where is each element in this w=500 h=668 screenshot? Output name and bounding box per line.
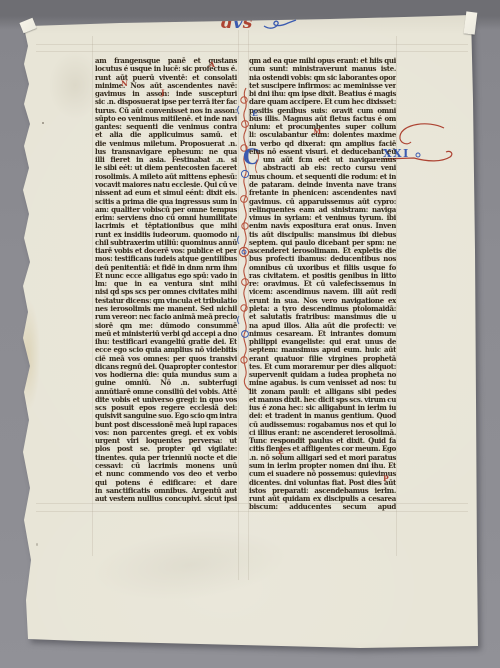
manuscript-line: re: oravimus. Et cū valefecissemus in: [249, 280, 396, 288]
manuscript-line: nia ostendi vobis: qm sic laborantes opo…: [249, 74, 396, 82]
manuscript-line: septem: mansimus apud eum. huic aūt: [249, 346, 396, 354]
manuscript-line: ecce ego scio quia amplius nō videbitis …: [95, 346, 237, 354]
manuscript-line: Et nunc ecce alligatus ego spū: vado in …: [95, 272, 237, 280]
manuscript-line: tiarē vobis et docerē vos: publice et pe…: [95, 247, 237, 255]
manuscript-line: ciē meā vos omnes: per quos transivi pre: [95, 355, 237, 363]
manuscript-line: in sanctificatis omnibus. Argentū aut au…: [95, 487, 237, 495]
manuscript-line: supervenit quidam a iudea propheta no: [249, 371, 396, 379]
running-title-flourish: [258, 8, 348, 38]
manuscript-line: qm ad ea que mihi opus erant: et hiis qu…: [249, 57, 396, 65]
manuscript-line: sum in ierlm propter nomen dni ihu. Et: [249, 462, 396, 470]
running-title-letter: v: [233, 13, 243, 33]
running-title: ’đvs: [221, 13, 252, 43]
ruling-line-horizontal: [36, 44, 468, 45]
manuscript-line: ascenderet ierosolimam. Et expletis die: [249, 247, 396, 255]
manuscript-line: Tunc respondit paulus et dixit. Quid fa: [249, 437, 396, 445]
manuscript-line: de pataram. deinde inventa nave trans: [249, 181, 396, 189]
manuscript-line: runt ex insidiis iudeorum. quomodo ni: [95, 231, 237, 239]
manuscript-line: et nunc commendo vos deo et verbo gratie…: [95, 470, 237, 478]
manuscript-line: quisivit sanguine suo. Ego scio qm intra: [95, 412, 237, 420]
manuscript-line: biscum: adducentes secum apud: [249, 503, 396, 511]
manuscript-line: citis flentes et affligentes cor meum. E…: [249, 445, 396, 453]
manuscript-line: philippi evangeliste: qui erat unus de: [249, 338, 396, 346]
manuscript-line: le sibi eét: ut diem pentecosten faceret…: [95, 164, 237, 172]
manuscript-line: qui potens é edificare: et dare heredita…: [95, 479, 237, 487]
manuscript-line: die venimus miletum. Proposuerat .n. pau: [95, 140, 237, 148]
rubric-initial: E: [252, 110, 258, 118]
speck: [42, 122, 44, 124]
manuscript-line: illi fieret in asia. Festinabat .n. si p…: [95, 156, 237, 164]
manuscript-line: locutus é usque in lucē: sic profectus é…: [95, 65, 237, 73]
manuscript-line: bi dni ihu: qm ipse dixit. Beatius é mag…: [249, 90, 396, 98]
manuscript-line: ius é zona hec: sic alligabunt in ierlm …: [249, 404, 396, 412]
manuscript-line: minime. Nos aūt ascendentes navē: navi: [95, 82, 237, 90]
manuscript-line: lm: que in ea ventura sint mihi ignorans…: [95, 280, 237, 288]
manuscript-line: gavimus in asson: inde suscepturi paulū.: [95, 90, 237, 98]
manuscript-line: pleta: a tyro descendimus ptolomaidā:: [249, 305, 396, 313]
manuscript-line: tet suscipere infirmos: ac meminisse ver: [249, 82, 396, 90]
manuscript-line: lus transnavigare ephesum: ne qua mora: [95, 148, 237, 156]
manuscript-line: am: qualiter vobiscū per omne tempus fu: [95, 206, 237, 214]
manuscript-line: ihu: testificari evangeliū gratie dei. E…: [95, 338, 237, 346]
manuscript-line: dicentes. dni voluntas fiat. Post dies a…: [249, 479, 396, 487]
manuscript-line: septem. qui paulo dicebant per spm: ne: [249, 239, 396, 247]
manuscript-line: bus profecti ibamus: deducentibus nos: [249, 255, 396, 263]
running-title-apostrophe: ’: [230, 6, 234, 26]
text-column-right: qm ad ea que mihi opus erant: et hiis qu…: [249, 57, 396, 512]
manuscript-line: bus illis. Magnus aūt fletus factus é om: [249, 115, 396, 123]
speck: [36, 543, 38, 546]
manuscript-line: gavimus. cū apparuissemus aūt cypro:: [249, 198, 396, 206]
running-title-letter: s: [243, 13, 253, 33]
leaf-wrapper: ’đvs XXI: [0, 0, 500, 668]
manuscript-line: nimus cesaream. Et intrantes domum: [249, 330, 396, 338]
manuscript-line: vos hodierna die: quia mundus sum a san: [95, 371, 237, 379]
manuscript-line: omnibus cū uxoribus et filiis usque fo: [249, 264, 396, 272]
manuscript-line: eius nō essent visuri. et deducebant eū …: [249, 148, 396, 156]
manuscript-line: am frangensque panē et gustans satisque …: [95, 57, 237, 65]
manuscript-line: runt aūt quidam ex discipulis a cesarea …: [249, 495, 396, 503]
manuscript-line: dei: et tradent in manus gentium. Quod: [249, 412, 396, 420]
manuscript-line: dite vobis et universo gregi: in quo vos…: [95, 396, 237, 404]
manuscript-line: mus choum. et sequenti die rodum: et in: [249, 173, 396, 181]
manuscript-line: dicans regnū dei. Quapropter contestor: [95, 363, 237, 371]
manuscript-leaf: ’đvs XXI: [0, 0, 500, 668]
manuscript-line: istos preparati: ascendebamus ierlm. ven…: [249, 487, 396, 495]
stain: [14, 280, 48, 430]
manuscript-line: positis genibus suis: oravit cum omni: [249, 107, 396, 115]
manuscript-line: abstracti ab eis: recto cursu veni: [249, 164, 396, 172]
manuscript-line: cū audissemus: rogabamus nos et qui lo: [249, 421, 396, 429]
manuscript-line: .n. nō solum alligari sed et mori paratu…: [249, 454, 396, 462]
manuscript-line: rosolimis. A mileto aūt mittens ephesū:: [95, 173, 237, 181]
manuscript-line: siorē qm me: dūmodo consummē cursum: [95, 322, 237, 330]
manuscript-line: cessavi: cū lacrimis monens unū quēque v…: [95, 462, 237, 470]
manuscript-line: nisi qd sps scs per omnes civitates mihi…: [95, 288, 237, 296]
manuscript-line: erunt in sua. Nos vero navigatione ex: [249, 297, 396, 305]
ruling-line-vertical: [396, 36, 397, 556]
manuscript-line: enim navis expositura erat onus. Inven: [249, 222, 396, 230]
manuscript-line: um aūt fcm eét ut navigaremus: [249, 156, 396, 164]
ruling-line-vertical: [92, 36, 93, 556]
manuscript-line: vos: non parcentes gregi. et ex vobis ip…: [95, 429, 237, 437]
manuscript-line: vimus in syriam: et venimus tyrum. ibi: [249, 214, 396, 222]
manuscript-line: runt aūt puerū viventē: et consolati sun…: [95, 74, 237, 82]
manuscript-line: scs posuit epos regere ecclesiā dei: qua…: [95, 404, 237, 412]
manuscript-line: deū penitentiā: et fidē in dnm nrm ihm x…: [95, 264, 237, 272]
manuscript-line: cum sunt: ministraverunt manus iste. Om: [249, 65, 396, 73]
manuscript-line: annūtiarē omne consiliū dei vobis. Attē: [95, 388, 237, 396]
manuscript-line: in verbo qd dixerat: qm amplius faciē: [249, 140, 396, 148]
manuscript-line: na apud illos. Alia aūt die profecti: ve: [249, 322, 396, 330]
manuscript-line: rum vereor: nec facio animā meā precio: [95, 313, 237, 321]
manuscript-line: mos: testificans iudeis atque gentilibus…: [95, 255, 237, 263]
manuscript-line: et manus dixit. hec dicit sps scs. virum…: [249, 396, 396, 404]
manuscript-line: cum ei suadere nō possemus: quievimus: [249, 470, 396, 478]
ruling-line-horizontal: [36, 51, 468, 52]
manuscript-line: fretante in phenicen: ascendentes navi: [249, 189, 396, 197]
rubric-initial: N: [121, 80, 128, 88]
manuscript-line: scitis a prima die qua ingressus sum in …: [95, 198, 237, 206]
manuscript-line: ras civitatem. et positis genibus in lit…: [249, 272, 396, 280]
manuscript-line: tinentes. quia per trienniū nocte et die…: [95, 454, 237, 462]
manuscript-line: testatur dicens: qm vincula et tribulati…: [95, 297, 237, 305]
rubric-initial: M: [313, 128, 321, 136]
manuscript-line: sic .n. disposuerat ipse per terrā iter …: [95, 98, 237, 106]
manuscript-line: plos post se. propter qd vigilate: memor…: [95, 445, 237, 453]
text-column-left: am frangensque panē et gustans satisque …: [95, 57, 237, 503]
rubric-initial: A: [209, 61, 215, 69]
manuscript-line: li: osculabantur eum: dolentes maxime: [249, 131, 396, 139]
manuscript-line: tis aūt discipulis: mansimus ibi diebus: [249, 231, 396, 239]
manuscript-line: lacrimis et tēptationibus que mihi accid…: [95, 222, 237, 230]
manuscript-line: meū et ministeriū verbi qd accepi a dno: [95, 330, 237, 338]
photo-background: ’đvs XXI: [0, 0, 500, 668]
manuscript-line: vocavit maiores natu ecclesie. Qui cū ve: [95, 181, 237, 189]
manuscript-line: nissent ad eum et simul eént: dixit eis.…: [95, 189, 237, 197]
manuscript-line: relinquentes eam ad sinistram: naviga: [249, 206, 396, 214]
rubric-initial: P: [383, 475, 389, 483]
manuscript-line: erim: serviens dno cū omni humilitate et: [95, 214, 237, 222]
manuscript-line: ci illius erant: ne ascenderet ierosolim…: [249, 429, 396, 437]
stain: [56, 507, 324, 624]
manuscript-line: aut vestem nullius concupivi. sicut ipsi…: [95, 495, 237, 503]
manuscript-line: bunt post discessionē meā lupi rapaces i…: [95, 421, 237, 429]
manuscript-line: tes. Et cum moraremur per dies aliquot:: [249, 363, 396, 371]
rubric-initial: J: [161, 89, 165, 97]
manuscript-line: urgent viri loquentes perversa: ut abduc…: [95, 437, 237, 445]
manuscript-line: et alia die applicuimus samū. et sequent…: [95, 131, 237, 139]
manuscript-line: nes ierosolimis me manent. Sed nichil ho: [95, 305, 237, 313]
rubric-initial: E: [278, 448, 284, 456]
manuscript-line: guine omniū. Nō .n. subterfugi quominus: [95, 379, 237, 387]
manuscript-line: sūpto eo venimus mitilenē. et inde navi: [95, 115, 237, 123]
manuscript-line: nium: et procumbentes super collum pau: [249, 123, 396, 131]
manuscript-line: gantes: sequenti die venimus contra chiū…: [95, 123, 237, 131]
manuscript-line: mine agabus. is cum venisset ad nos: tu: [249, 379, 396, 387]
manuscript-line: dare quam accipere. Et cum hec dixisset:: [249, 98, 396, 106]
manuscript-line: chil subtraxerim utiliū: quominus annū: [95, 239, 237, 247]
manuscript-line: vicem: ascendimus navem. illi aūt redi: [249, 288, 396, 296]
manuscript-line: et salutatis fratribus: mansimus die u: [249, 313, 396, 321]
manuscript-line: erant quatuor filie virgines prophetā: [249, 355, 396, 363]
manuscript-line: turus. Cū aūt convenisset nos in asson: …: [95, 107, 237, 115]
manuscript-line: lit zonam pauli: et alligans sibi pedes: [249, 388, 396, 396]
